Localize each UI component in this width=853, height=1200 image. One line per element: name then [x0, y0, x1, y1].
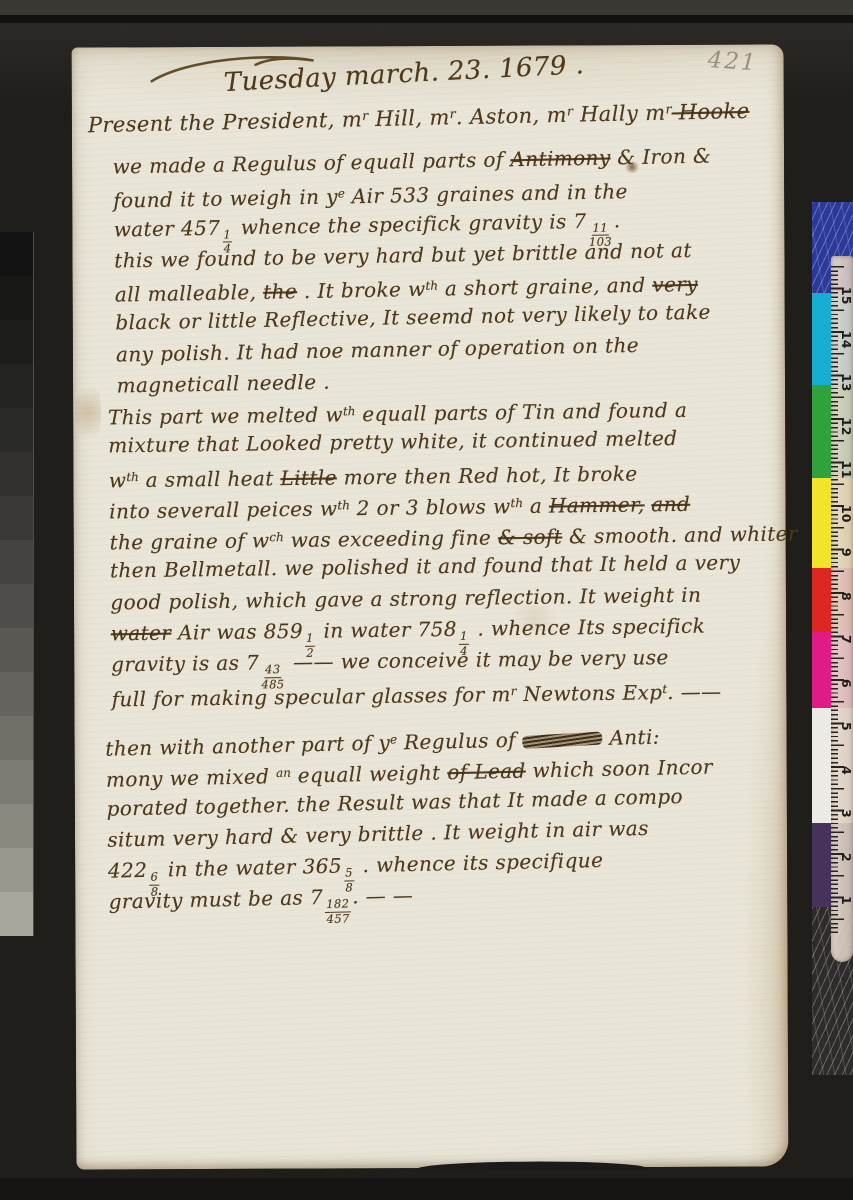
grayscale-step: [0, 628, 33, 672]
ruler: 151413121110987654321: [831, 256, 853, 962]
edge-stain: [75, 377, 101, 447]
ruler-number: 9: [839, 548, 853, 561]
manuscript-page: 421 Tuesday march. 23. 1679 . Present th…: [72, 44, 789, 1169]
grayscale-calibration-strip: [0, 232, 34, 936]
grayscale-step: [0, 276, 33, 320]
grayscale-step: [0, 540, 33, 584]
ruler-number: 14: [839, 331, 853, 344]
paragraph-regulus-iron: we made a Regulus of equall parts of Ant…: [112, 141, 715, 402]
scanner-bed-edge: [0, 0, 853, 15]
folio-number: 421: [707, 47, 758, 76]
ruler-number: 6: [839, 679, 853, 692]
scanner-bed-bottom: [0, 1178, 853, 1200]
grayscale-step: [0, 892, 33, 936]
photo-stage: 421 Tuesday march. 23. 1679 . Present th…: [0, 0, 853, 1200]
ruler-number: 8: [839, 592, 853, 605]
scanner-bed-seam: [0, 15, 853, 23]
grayscale-step: [0, 672, 33, 716]
ruler-number: 3: [839, 809, 853, 822]
grayscale-step: [0, 848, 33, 892]
ruler-number: 1: [839, 896, 853, 909]
grayscale-step: [0, 232, 33, 276]
grayscale-step: [0, 584, 33, 628]
grayscale-step: [0, 804, 33, 848]
ruler-number: 7: [839, 635, 853, 648]
scribbled-out-word: [522, 731, 603, 749]
ruler-number: 2: [839, 853, 853, 866]
paragraph-tin-mixture: This part we melted wth equall parts of …: [108, 390, 800, 712]
grayscale-step: [0, 320, 33, 364]
grayscale-step: [0, 760, 33, 804]
fraction: 182457: [325, 899, 351, 926]
ruler-number: 4: [839, 766, 853, 779]
ruler-number: 15: [839, 287, 853, 300]
ruler-number: 10: [839, 505, 853, 518]
ruler-number: 13: [839, 374, 853, 387]
grayscale-step: [0, 408, 33, 452]
ruler-number: 5: [839, 722, 853, 735]
attendance-line: Present the President, mr Hill, mr. Asto…: [88, 99, 750, 137]
ruler-number: 12: [839, 418, 853, 431]
grayscale-step: [0, 716, 33, 760]
grayscale-step: [0, 452, 33, 496]
ruler-number: 11: [839, 461, 853, 474]
grayscale-step: [0, 496, 33, 540]
grayscale-step: [0, 364, 33, 408]
paragraph-lead-mixture: then with another part of ye Regulus of …: [105, 717, 716, 918]
